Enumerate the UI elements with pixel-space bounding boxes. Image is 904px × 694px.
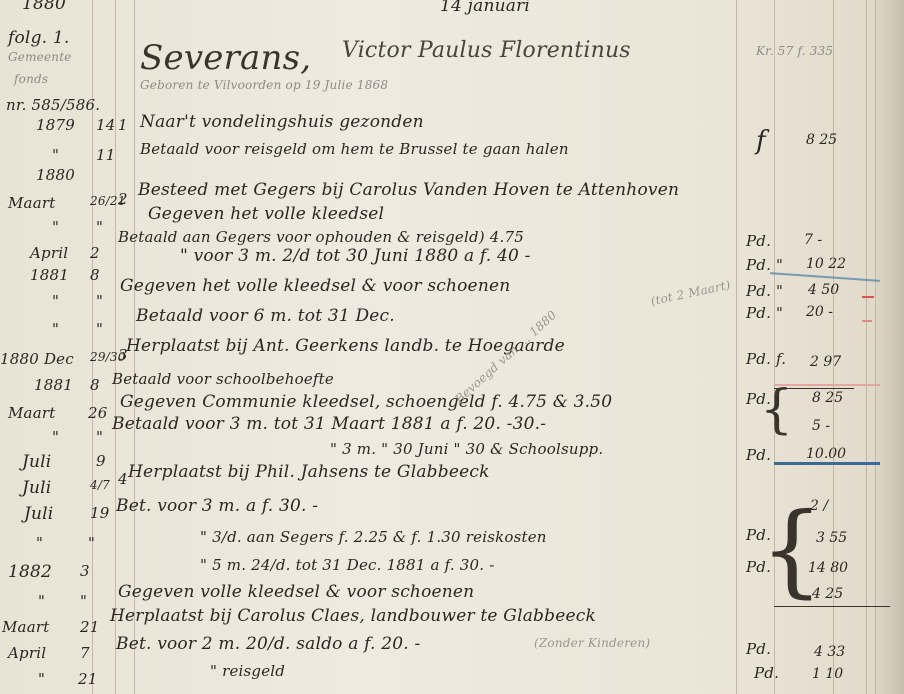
entry-date: 1880 [36, 166, 75, 184]
entry-date: April [8, 644, 46, 662]
entry-date: Maart [8, 404, 55, 422]
entry-amount: 20 - [806, 304, 833, 320]
entry-amount: 10 22 [806, 256, 846, 272]
entry-text: Gegeven het volle kleedsel & voor schoen… [120, 276, 510, 296]
red-mark [862, 296, 874, 298]
entry-date: 1882 [8, 562, 52, 582]
entry-ref: Pd. [746, 640, 771, 658]
entry-text: Gegeven volle kleedsel & voor schoenen [118, 582, 474, 602]
pencil-note: (Zonder Kinderen) [534, 636, 650, 650]
entry-day: 21 [80, 618, 100, 636]
entry-day: " [80, 592, 87, 610]
entry-ref: Pd. " [746, 282, 783, 300]
entry-amount: 10.00 [806, 446, 846, 462]
entry-day: 19 [90, 504, 110, 522]
entry-ref: Pd. " [746, 304, 783, 322]
entry-ref: Pd. [754, 664, 779, 682]
entry-text: Besteed met Gegers bij Carolus Vanden Ho… [138, 180, 679, 200]
header-date: 14 januari [440, 0, 530, 16]
entry-ref: f [756, 126, 766, 156]
entry-date: 1879 [36, 116, 75, 134]
entry-amount: 4 33 [814, 644, 845, 660]
person-given-names: Victor Paulus Florentinus [342, 38, 631, 63]
entry-amount: 4 50 [808, 282, 839, 298]
entry-date: April [30, 244, 68, 262]
entry-text: Bet. voor 3 m. a f. 30. - [116, 496, 318, 516]
column-rule-end [866, 0, 867, 694]
bracket-mark: { [760, 500, 824, 600]
person-surname: Severans, [140, 38, 311, 78]
entry-text: Herplaatst bij Carolus Claes, landbouwer… [110, 606, 596, 626]
person-reference: Kr. 57 f. 335 [756, 44, 833, 58]
register-number: nr. 585/586. [6, 96, 100, 114]
column-rule-day [115, 0, 116, 694]
entry-text: Gegeven het volle kleedsel [148, 204, 384, 224]
entry-date: " [52, 146, 59, 164]
entry-amount: 7 - [804, 232, 822, 248]
pencil-note: (tot 2 Maart) [649, 278, 731, 309]
bracket-mark: { [760, 380, 793, 440]
entry-date: " [52, 292, 59, 310]
entry-date: " [38, 670, 45, 688]
corner-year: 1880 [22, 0, 66, 14]
entry-text: Bet. voor 2 m. 20/d. saldo a f. 20. - [116, 634, 420, 654]
entry-date: " [52, 428, 59, 446]
entry-text: Naar't vondelingshuis gezonden [140, 112, 424, 132]
entry-amount: 1 10 [812, 666, 843, 682]
red-mark [862, 320, 872, 322]
entry-day: 9 [96, 452, 106, 470]
entry-date: Maart [2, 618, 49, 636]
entry-day: 4/7 [90, 478, 110, 492]
entry-day: " [96, 428, 103, 446]
entry-day: " [96, 292, 103, 310]
entry-text: " voor 3 m. 2/d tot 30 Juni 1880 a f. 40… [180, 246, 531, 266]
entry-day: 26 [88, 404, 108, 422]
gemeente-label: Gemeente [8, 50, 72, 64]
entry-text: Betaald voor 6 m. tot 31 Dec. [136, 306, 395, 326]
entry-date: " [52, 218, 59, 236]
entry-day: 2 [90, 244, 100, 262]
entry-ref: Pd. [746, 232, 771, 250]
entry-day: 14 [96, 116, 116, 134]
entry-date: 1880 Dec [0, 350, 74, 368]
column-rule-ref [736, 0, 737, 694]
blue-underline [774, 462, 880, 465]
fonds-label: fonds [14, 72, 48, 86]
folio-label: folg. 1. [8, 28, 69, 48]
entry-day: 8 [90, 266, 100, 284]
entry-day: 21 [78, 670, 98, 688]
entry-date: Juli [22, 478, 51, 498]
entry-text: Herplaatst bij Phil. Jahsens te Glabbeec… [128, 462, 490, 482]
entry-text: " 3/d. aan Segers f. 2.25 & f. 1.30 reis… [200, 528, 547, 546]
entry-day: 8 [90, 376, 100, 394]
blue-underline [770, 272, 880, 282]
page-edge [875, 0, 904, 694]
entry-date: " [38, 592, 45, 610]
person-birth: Geboren te Vilvoorden op 19 Julie 1868 [140, 78, 388, 92]
entry-date: 1881 [30, 266, 69, 284]
entry-ref: Pd. [746, 446, 771, 464]
entry-text: Betaald voor 3 m. tot 31 Maart 1881 a f.… [112, 414, 546, 434]
entry-date: " [36, 534, 43, 552]
entry-amount: 5 - [812, 418, 830, 434]
entry-text: Betaald voor reisgeld om hem te Brussel … [140, 140, 569, 158]
entry-date: " [52, 320, 59, 338]
entry-column-number: 2 [118, 190, 128, 208]
entry-text: " reisgeld [210, 662, 285, 680]
entry-column-number: 4 [118, 470, 128, 488]
entry-day: 11 [96, 146, 116, 164]
entry-day: " [88, 534, 95, 552]
ledger-page: 1880 folg. 1. Gemeente fonds nr. 585/586… [0, 0, 904, 694]
entry-amount: 8 25 [812, 390, 843, 406]
entry-text: Gegeven Communie kleedsel, schoengeld f.… [120, 392, 612, 412]
entry-ref: Pd. f. [746, 350, 786, 368]
entry-day: 7 [80, 644, 90, 662]
entry-column-number: 1 [118, 116, 128, 134]
entry-date: Juli [22, 452, 51, 472]
entry-text: Betaald aan Gegers voor ophouden & reisg… [118, 228, 524, 246]
entry-amount: 2 97 [810, 354, 841, 370]
entry-date: 1881 [34, 376, 73, 394]
entry-text: Betaald voor schoolbehoefte [112, 370, 334, 388]
entry-day: " [96, 320, 103, 338]
entry-text: " 5 m. 24/d. tot 31 Dec. 1881 a f. 30. - [200, 556, 494, 574]
entry-day: 3 [80, 562, 90, 580]
entry-date: Juli [24, 504, 53, 524]
entry-text: " 3 m. " 30 Juni " 30 & Schoolsupp. [330, 440, 603, 458]
entry-ref: Pd. " [746, 256, 783, 274]
entry-amount: 8 25 [806, 132, 837, 148]
entry-day: " [96, 218, 103, 236]
entry-date: Maart [8, 194, 55, 212]
